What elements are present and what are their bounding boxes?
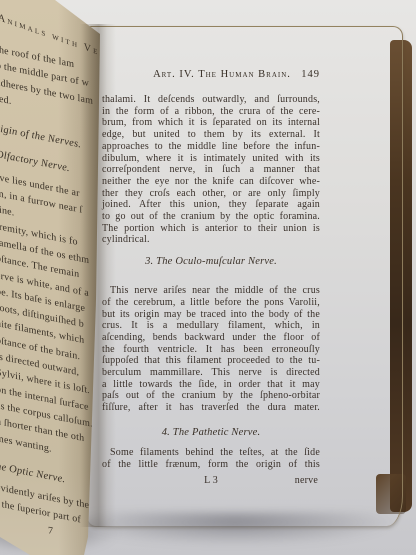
text-line: the fourth ventricle. It has been errone… <box>102 344 320 356</box>
text-line: edge, but united to them by its external… <box>102 129 320 141</box>
right-page-text-column: Art. IV. The Human Brain. 149 thalami. I… <box>102 69 320 487</box>
left-page: Animals with Verte the roof of the lam o… <box>0 0 106 555</box>
text-line: joined. After this union, they ſeparate … <box>102 199 320 211</box>
text-line: neither the eye nor the knife can diſcov… <box>102 176 320 188</box>
text-line: crus. It is a medullary filament, which,… <box>102 320 320 332</box>
text-line: berculum mammillare. This nerve is direc… <box>102 367 320 379</box>
signature-mark: L 3 <box>204 475 218 486</box>
right-page: Art. IV. The Human Brain. 149 thalami. I… <box>88 26 403 526</box>
text-line: of the little frænum, form the origin of… <box>102 459 320 471</box>
text-line: brum, from which it is ſeparated on its … <box>102 117 320 129</box>
section-heading-pathetic-nerve: 4. The Pathetic Nerve. <box>102 427 320 440</box>
text-line: a little towards the ſide, in order that… <box>102 379 320 391</box>
text-line: aſcending, bends backward under the floo… <box>102 332 320 344</box>
text-line: thalami. It deſcends outwardly, and ſurr… <box>102 94 320 106</box>
text-line: paſs out of the cranium by the ſpheno-or… <box>102 390 320 402</box>
text-line: cylindrical. <box>102 234 320 246</box>
text-line: The portion which is anterior to their u… <box>102 223 320 235</box>
text-line: dibulum, where it is intimately united w… <box>102 153 320 165</box>
text-line: but its origin may be traced into the bo… <box>102 309 320 321</box>
text-line: ſuppoſed that this filament proceeded to… <box>102 355 320 367</box>
text-line: fiſſure, after it has traverſed the dura… <box>102 402 320 414</box>
catchword: nerve <box>295 475 318 487</box>
page-number: 149 <box>301 69 320 81</box>
text-line: Some filaments behind the teſtes, at the… <box>102 447 320 459</box>
text-line: in the form of a ribbon, the crura of th… <box>102 106 320 118</box>
text-line: This nerve ariſes near the middle of the… <box>102 285 320 297</box>
text-line: to go out of the cranium by the optic fo… <box>102 211 320 223</box>
running-header: Art. IV. The Human Brain. 149 <box>102 69 320 82</box>
text-line: correſpondent nerve, in ſuch a manner th… <box>102 164 320 176</box>
running-header-title: Art. IV. The Human Brain. <box>153 69 291 80</box>
section-heading-oculo-muscular-nerve: 3. The Oculo-muſcular Nerve. <box>102 256 320 269</box>
page-footer: L 3 nerve <box>102 475 320 487</box>
text-line: approaches to the middle line before the… <box>102 141 320 153</box>
text-line: ther they croſs each other, or are only … <box>102 188 320 200</box>
text-line: of the cerebrum, a little before the pon… <box>102 297 320 309</box>
